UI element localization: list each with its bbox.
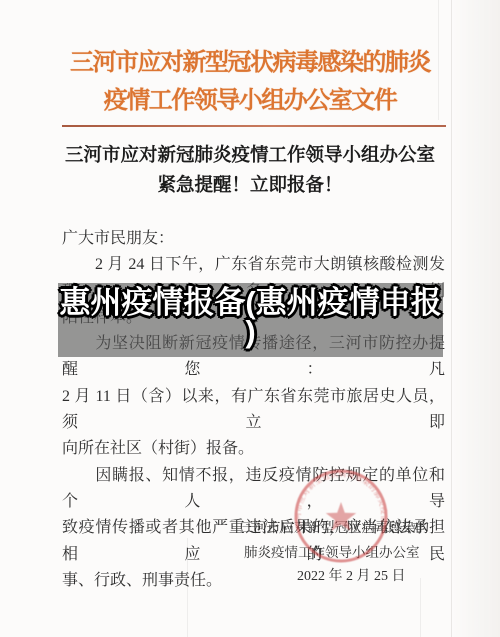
- official-seal: 三河市应对新型冠状病毒感染的肺炎疫情工作领导小组办公室: [291, 466, 391, 566]
- seal-star: [326, 502, 356, 531]
- signature-date: 2022 年 2 月 25 日: [297, 565, 406, 585]
- body-line: 向所在社区（村街）报备。: [62, 436, 445, 462]
- body-line-salutation: 广大市民朋友：: [62, 226, 445, 252]
- letterhead-line-2: 疫情工作领导小组办公室文件: [0, 82, 500, 120]
- notice-title: 三河市应对新冠肺炎疫情工作领导小组办公室 紧急提醒！立即报备！: [0, 140, 500, 200]
- notice-title-line-2: 紧急提醒！立即报备！: [0, 170, 500, 200]
- watermark-overlay-band: 惠州疫情报备(惠州疫情申报 ): [58, 283, 443, 357]
- body-line: 2 月 11 日（含）以来，有广东省东莞市旅居史人员，须立即: [62, 384, 445, 437]
- watermark-caption-line-1: 惠州疫情报备(惠州疫情申报: [58, 288, 443, 317]
- letterhead: 三河市应对新型冠状病毒感染的肺炎 疫情工作领导小组办公室文件: [0, 44, 500, 120]
- watermark-caption-line-2: ): [58, 317, 443, 346]
- letterhead-line-1: 三河市应对新型冠状病毒感染的肺炎: [0, 44, 500, 82]
- notice-title-line-1: 三河市应对新冠肺炎疫情工作领导小组办公室: [0, 140, 500, 170]
- watermark-caption: 惠州疫情报备(惠州疫情申报 ): [58, 288, 443, 346]
- letterhead-divider: [62, 125, 446, 127]
- document-page: 三河市应对新型冠状病毒感染的肺炎 疫情工作领导小组办公室文件 三河市应对新冠肺炎…: [0, 0, 500, 637]
